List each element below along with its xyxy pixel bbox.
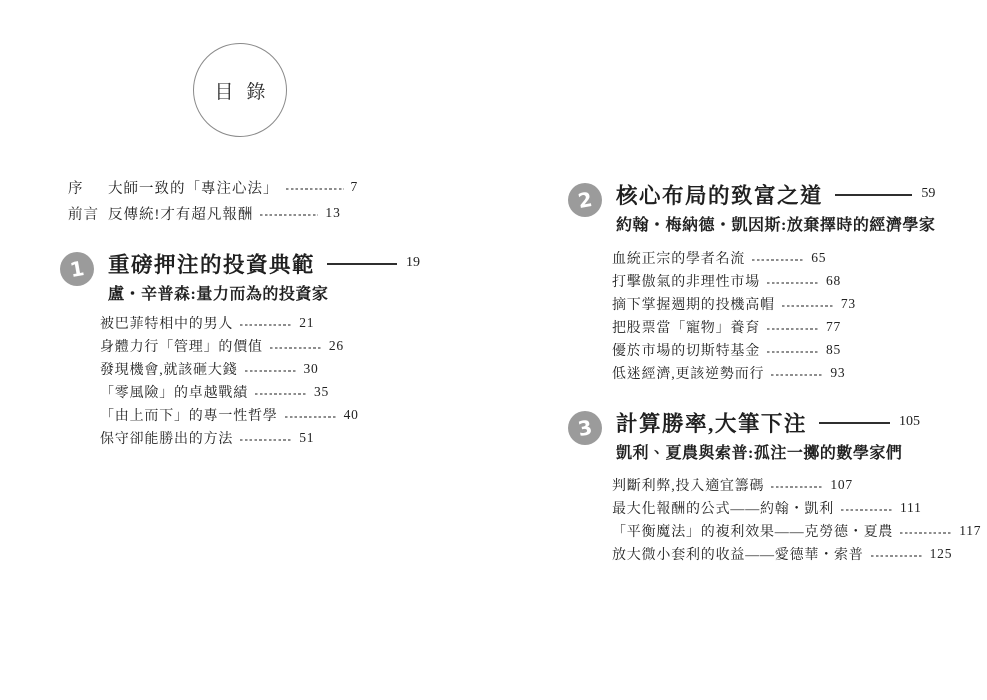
entry-title: 血統正宗的學者名流 <box>612 248 745 268</box>
title-rule <box>835 194 912 196</box>
entry-page-number: 26 <box>329 338 344 354</box>
chapter-title-row: 重磅押注的投資典範 19 <box>108 249 420 277</box>
entry-title: 保守卻能勝出的方法 <box>100 428 233 448</box>
chapter-subtitle: 約翰・梅納德・凱因斯:放棄擇時的經濟學家 <box>616 212 935 235</box>
entry-page-number: 77 <box>826 319 841 335</box>
chapter-2-header: 2 核心布局的致富之道 59 約翰・梅納德・凱因斯:放棄擇時的經濟學家 <box>568 180 920 235</box>
chapter-page-number: 19 <box>406 255 420 271</box>
entry-label: 前言 <box>68 203 108 224</box>
chapter-3-heading: 計算勝率,大筆下注 105 凱利、夏農與索普:孤注一擲的數學家們 <box>602 408 920 463</box>
chapter-page-number: 105 <box>899 414 920 430</box>
toc-entry: 血統正宗的學者名流 65 <box>612 246 856 269</box>
entry-title: 判斷利弊,投入適宜籌碼 <box>612 475 764 495</box>
chapter-number: 2 <box>576 187 594 213</box>
dotted-leader <box>767 282 819 284</box>
front-matter-entry-preface: 序 大師一致的「專注心法」 7 <box>68 174 358 200</box>
dotted-leader <box>286 188 344 190</box>
chapter-1-header: 1 重磅押注的投資典範 19 盧・辛普森:量力而為的投資家 <box>60 249 420 304</box>
chapter-2-section-list: 血統正宗的學者名流 65 打擊傲氣的非理性市場 68 摘下掌握週期的投機高帽 7… <box>612 246 856 384</box>
entry-title: 摘下掌握週期的投機高帽 <box>612 294 775 314</box>
title-rule <box>819 422 890 424</box>
entry-page-number: 107 <box>830 477 853 493</box>
chapter-title: 計算勝率,大筆下注 <box>616 407 807 438</box>
dotted-leader <box>240 324 292 326</box>
toc-entry: 發現機會,就該砸大錢 30 <box>100 357 359 380</box>
dotted-leader <box>260 214 318 216</box>
dotted-leader <box>245 370 297 372</box>
entry-title: 打擊傲氣的非理性市場 <box>612 271 760 291</box>
chapter-3-number-badge: 3 <box>568 411 602 445</box>
toc-entry: 最大化報酬的公式——約翰・凱利 111 <box>612 496 981 519</box>
toc-entry: 低迷經濟,更該逆勢而行 93 <box>612 361 856 384</box>
chapter-title-row: 計算勝率,大筆下注 105 <box>616 408 920 436</box>
entry-page-number: 68 <box>826 273 841 289</box>
entry-page-number: 21 <box>299 315 314 331</box>
toc-entry: 摘下掌握週期的投機高帽 73 <box>612 292 856 315</box>
chapter-2-heading: 核心布局的致富之道 59 約翰・梅納德・凱因斯:放棄擇時的經濟學家 <box>602 180 935 235</box>
entry-title: 低迷經濟,更該逆勢而行 <box>612 363 764 383</box>
chapter-page-number: 59 <box>921 186 935 202</box>
toc-entry: 放大微小套利的收益——愛德華・索普 125 <box>612 542 981 565</box>
entry-page-number: 13 <box>325 205 341 221</box>
toc-entry: 「由上而下」的專一性哲學 40 <box>100 403 359 426</box>
front-matter-entry-foreword: 前言 反傳統!才有超凡報酬 13 <box>68 200 358 226</box>
chapter-subtitle: 盧・辛普森:量力而為的投資家 <box>108 281 420 304</box>
entry-page-number: 125 <box>930 546 953 562</box>
entry-title: 「平衡魔法」的複利效果——克勞德・夏農 <box>612 521 893 541</box>
dotted-leader <box>771 374 823 376</box>
dotted-leader <box>240 439 292 441</box>
entry-title: 把股票當「寵物」養育 <box>612 317 760 337</box>
chapter-title: 重磅押注的投資典範 <box>108 248 315 279</box>
chapter-1-number-badge: 1 <box>60 252 94 286</box>
chapter-3-section-list: 判斷利弊,投入適宜籌碼 107 最大化報酬的公式——約翰・凱利 111 「平衡魔… <box>612 473 981 565</box>
entry-title: 放大微小套利的收益——愛德華・索普 <box>612 544 864 564</box>
dotted-leader <box>285 416 337 418</box>
toc-entry: 判斷利弊,投入適宜籌碼 107 <box>612 473 981 496</box>
dotted-leader <box>900 532 952 534</box>
toc-circle-badge: 目錄 <box>193 43 287 137</box>
dotted-leader <box>767 328 819 330</box>
dotted-leader <box>871 555 923 557</box>
entry-title: 反傳統!才有超凡報酬 <box>108 203 253 224</box>
entry-page-number: 65 <box>811 250 826 266</box>
entry-title: 優於市場的切斯特基金 <box>612 340 760 360</box>
toc-entry: 優於市場的切斯特基金 85 <box>612 338 856 361</box>
chapter-number: 3 <box>576 415 594 441</box>
chapter-title: 核心布局的致富之道 <box>616 179 823 210</box>
entry-title: 被巴菲特相中的男人 <box>100 313 233 333</box>
chapter-number: 1 <box>68 256 86 282</box>
dotted-leader <box>782 305 834 307</box>
entry-page-number: 30 <box>304 361 319 377</box>
toc-entry: 「平衡魔法」的複利效果——克勞德・夏農 117 <box>612 519 981 542</box>
entry-page-number: 73 <box>841 296 856 312</box>
entry-page-number: 7 <box>351 179 359 195</box>
title-rule <box>327 263 397 265</box>
toc-entry: 打擊傲氣的非理性市場 68 <box>612 269 856 292</box>
dotted-leader <box>270 347 322 349</box>
toc-entry: 身體力行「管理」的價值 26 <box>100 334 359 357</box>
chapter-1-section-list: 被巴菲特相中的男人 21 身體力行「管理」的價值 26 發現機會,就該砸大錢 3… <box>100 311 359 449</box>
entry-page-number: 111 <box>900 500 922 516</box>
front-matter-list: 序 大師一致的「專注心法」 7 前言 反傳統!才有超凡報酬 13 <box>68 174 358 226</box>
entry-title: 「零風險」的卓越戰績 <box>100 382 248 402</box>
dotted-leader <box>255 393 307 395</box>
toc-entry: 保守卻能勝出的方法 51 <box>100 426 359 449</box>
toc-title: 目錄 <box>201 77 278 104</box>
entry-label: 序 <box>68 177 108 198</box>
entry-title: 發現機會,就該砸大錢 <box>100 359 238 379</box>
toc-entry: 被巴菲特相中的男人 21 <box>100 311 359 334</box>
toc-entry: 「零風險」的卓越戰績 35 <box>100 380 359 403</box>
dotted-leader <box>771 486 823 488</box>
dotted-leader <box>841 509 893 511</box>
entry-page-number: 117 <box>959 523 981 539</box>
entry-page-number: 85 <box>826 342 841 358</box>
chapter-2-number-badge: 2 <box>568 183 602 217</box>
toc-entry: 把股票當「寵物」養育 77 <box>612 315 856 338</box>
chapter-3-header: 3 計算勝率,大筆下注 105 凱利、夏農與索普:孤注一擲的數學家們 <box>568 408 920 463</box>
chapter-1-heading: 重磅押注的投資典範 19 盧・辛普森:量力而為的投資家 <box>94 249 420 304</box>
entry-page-number: 35 <box>314 384 329 400</box>
chapter-subtitle: 凱利、夏農與索普:孤注一擲的數學家們 <box>616 440 920 463</box>
entry-page-number: 40 <box>344 407 359 423</box>
toc-page: 目錄 序 大師一致的「專注心法」 7 前言 反傳統!才有超凡報酬 13 1 重磅… <box>0 0 987 700</box>
entry-title: 大師一致的「專注心法」 <box>108 177 279 198</box>
entry-title: 最大化報酬的公式——約翰・凱利 <box>612 498 834 518</box>
entry-page-number: 51 <box>299 430 314 446</box>
entry-title: 「由上而下」的專一性哲學 <box>100 405 278 425</box>
entry-page-number: 93 <box>830 365 845 381</box>
chapter-title-row: 核心布局的致富之道 59 <box>616 180 935 208</box>
entry-title: 身體力行「管理」的價值 <box>100 336 263 356</box>
dotted-leader <box>752 259 804 261</box>
dotted-leader <box>767 351 819 353</box>
